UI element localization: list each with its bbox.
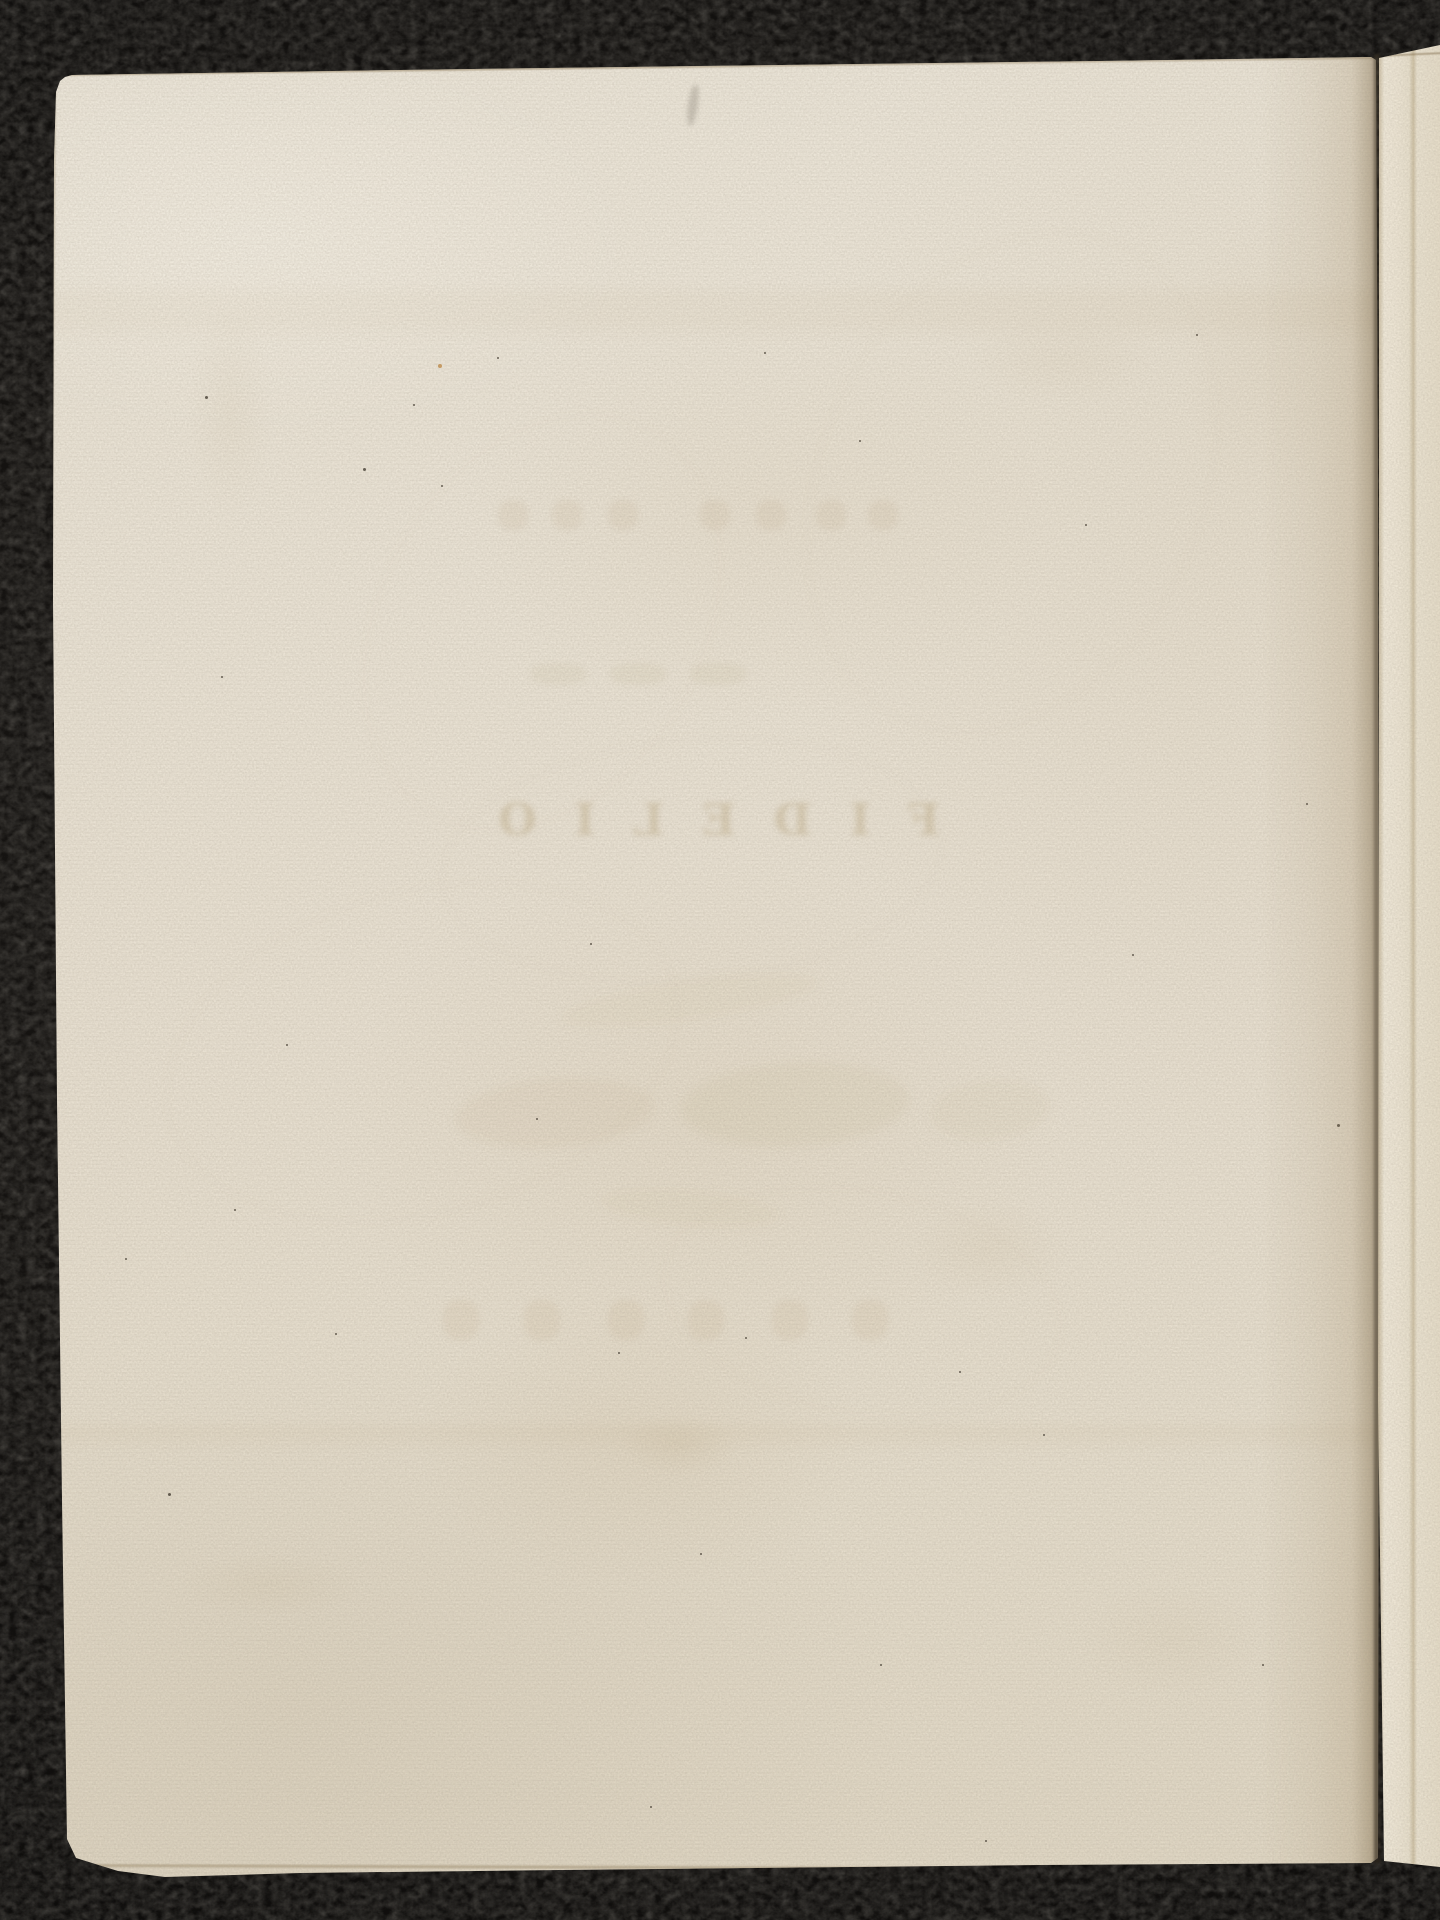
paper-tonal-variation — [0, 0, 1440, 1920]
gutter-fold-shadow — [1262, 56, 1380, 1866]
page-left-edge — [40, 86, 56, 1866]
book-page-blank-verso: FIDELIO — [0, 0, 1440, 1920]
adjacent-page-grain-texture — [1378, 0, 1440, 1920]
adjacent-page-edge — [1378, 0, 1440, 1920]
scanned-book-page-photo: FIDELIO — [0, 0, 1440, 1920]
adjacent-page-top-edge — [1378, 52, 1440, 57]
